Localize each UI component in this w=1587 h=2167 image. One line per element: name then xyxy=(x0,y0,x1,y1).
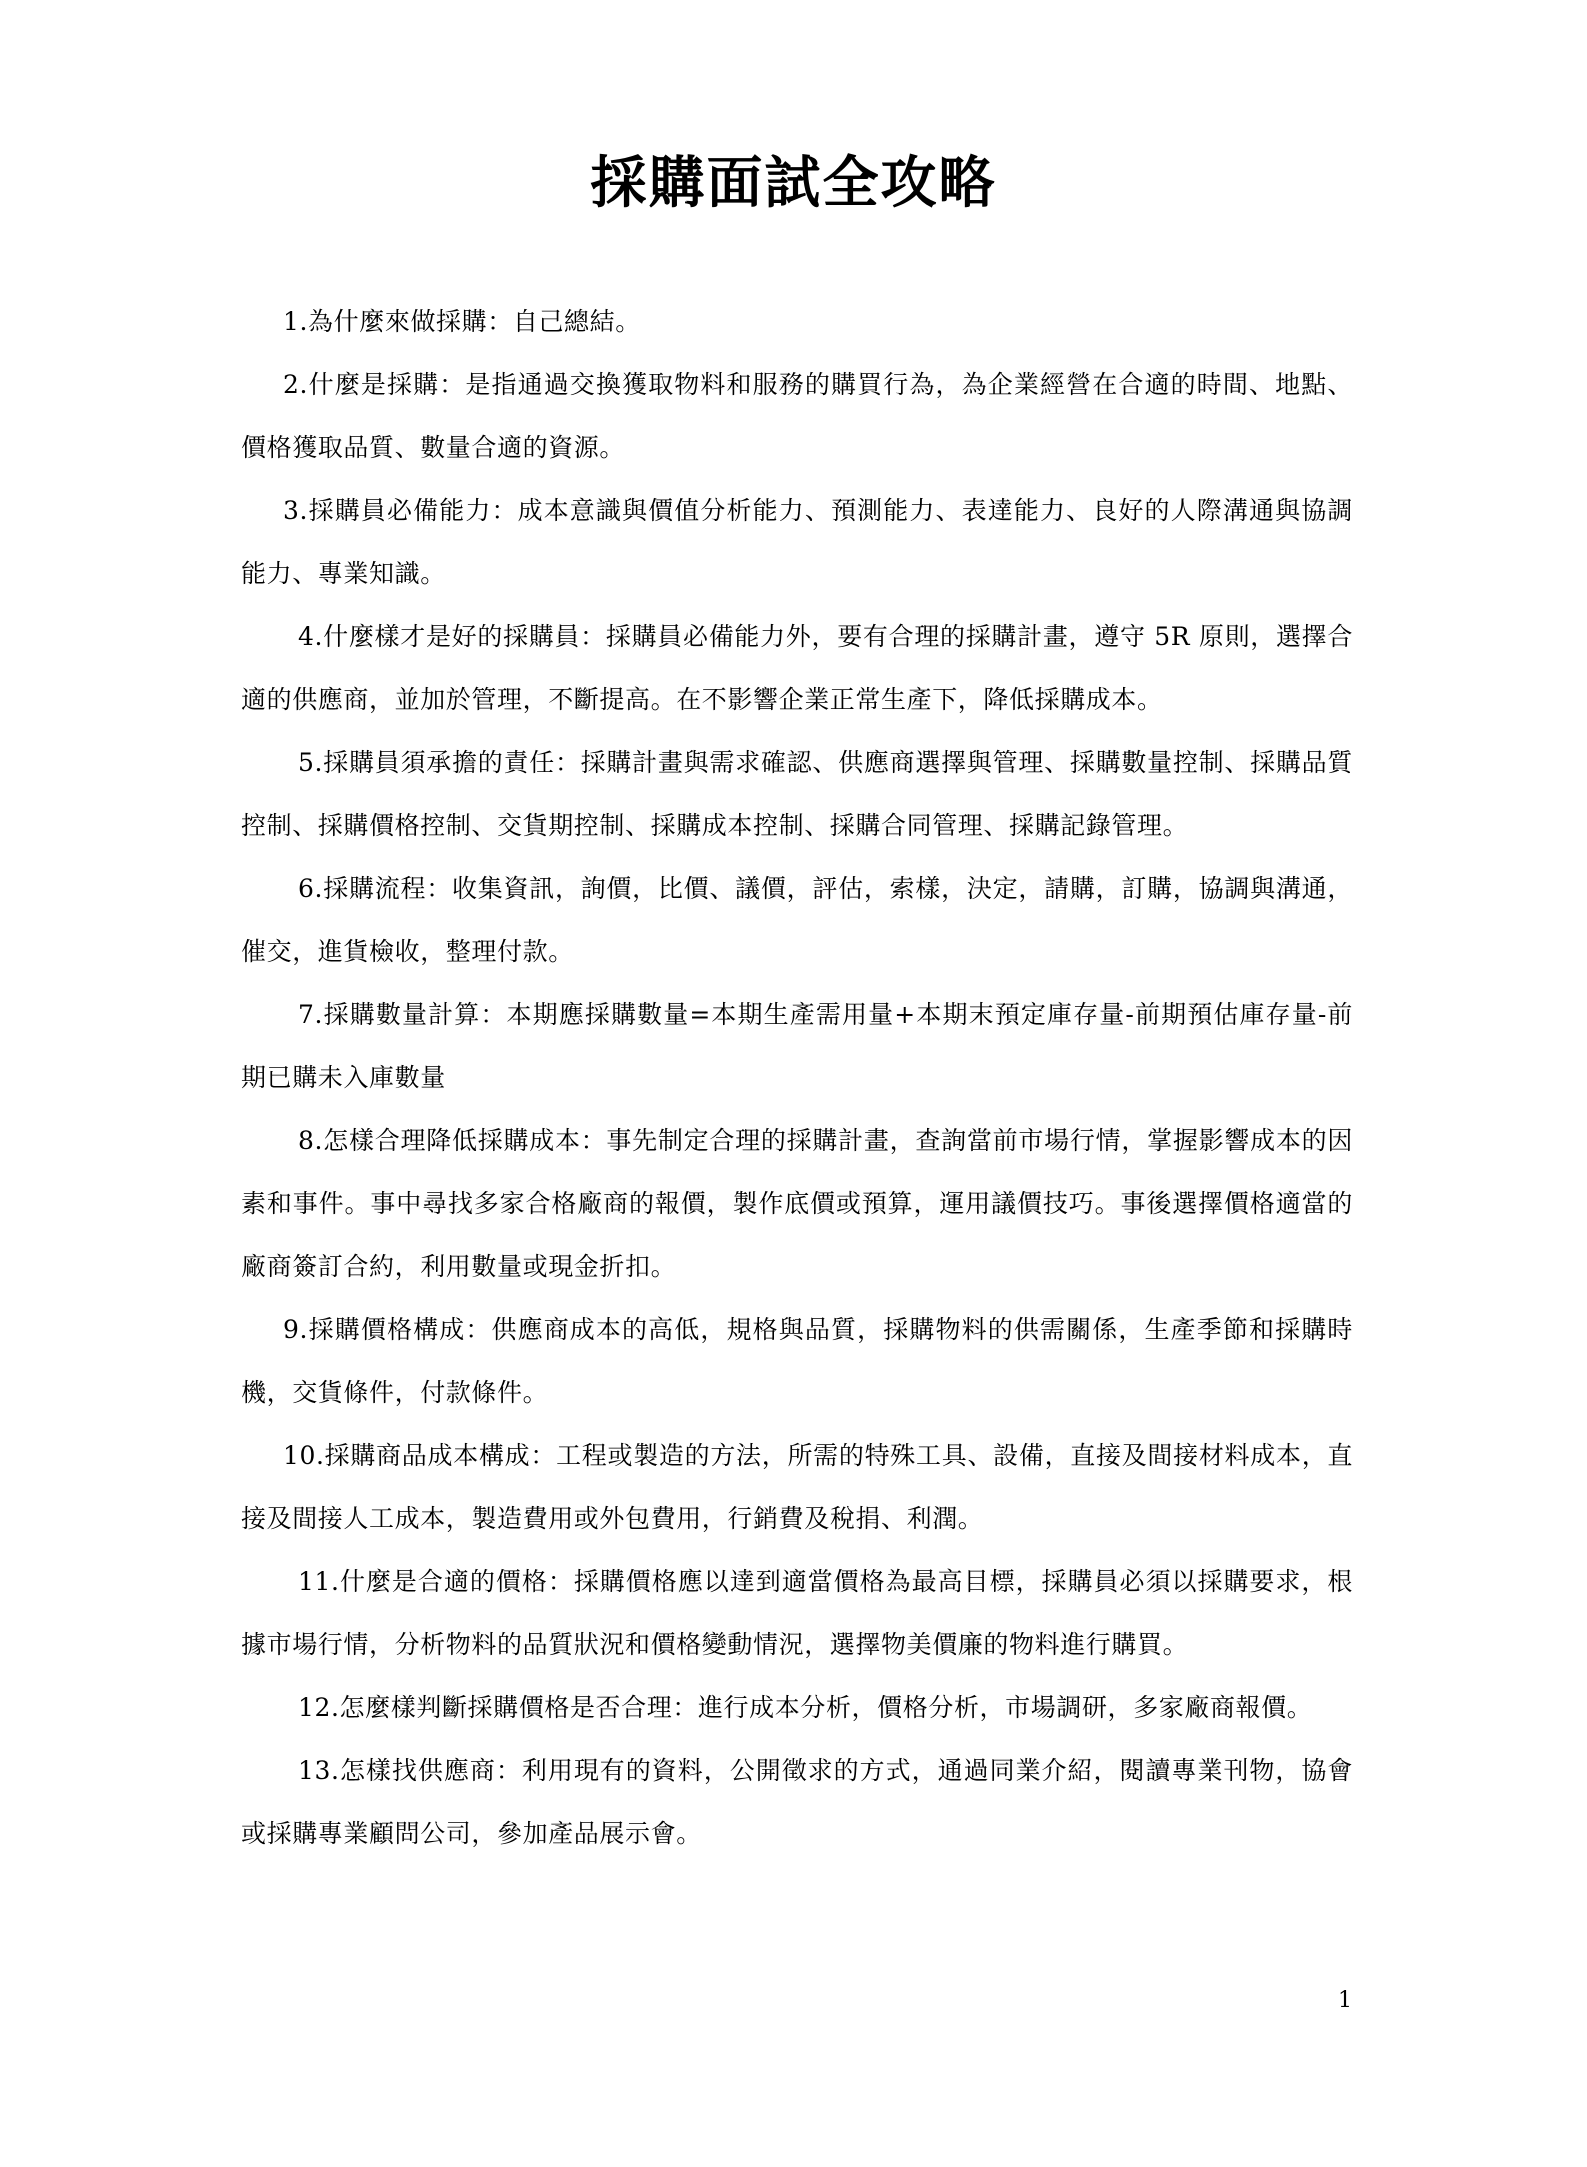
document-body: 1.為什麼來做採購：自己總結。 2.什麼是採購：是指通過交換獲取物料和服務的購買… xyxy=(241,290,1353,1865)
paragraph-11: 11.什麼是合適的價格：採購價格應以達到適當價格為最高目標，採購員必須以採購要求… xyxy=(241,1550,1353,1676)
paragraph-5: 5.採購員須承擔的責任：採購計畫與需求確認、供應商選擇與管理、採購數量控制、採購… xyxy=(241,731,1353,857)
paragraph-3: 3.採購員必備能力：成本意識與價值分析能力、預測能力、表達能力、良好的人際溝通與… xyxy=(241,479,1353,605)
paragraph-4: 4.什麼樣才是好的採購員：採購員必備能力外，要有合理的採購計畫，遵守 5R 原則… xyxy=(241,605,1353,731)
document-title: 採購面試全攻略 xyxy=(0,148,1587,218)
paragraph-8: 8.怎樣合理降低採購成本：事先制定合理的採購計畫，查詢當前市場行情，掌握影響成本… xyxy=(241,1109,1353,1298)
paragraph-9: 9.採購價格構成：供應商成本的高低，規格與品質，採購物料的供需關係，生產季節和採… xyxy=(241,1298,1353,1424)
paragraph-1: 1.為什麼來做採購：自己總結。 xyxy=(241,290,1353,353)
paragraph-7: 7.採購數量計算：本期應採購數量=本期生產需用量+本期末預定庫存量-前期預估庫存… xyxy=(241,983,1353,1109)
paragraph-10: 10.採購商品成本構成：工程或製造的方法，所需的特殊工具、設備，直接及間接材料成… xyxy=(241,1424,1353,1550)
document-page: 採購面試全攻略 1.為什麼來做採購：自己總結。 2.什麼是採購：是指通過交換獲取… xyxy=(0,0,1587,2167)
paragraph-12: 12.怎麼樣判斷採購價格是否合理：進行成本分析，價格分析，市場調研，多家廠商報價… xyxy=(241,1676,1353,1739)
paragraph-2: 2.什麼是採購：是指通過交換獲取物料和服務的購買行為，為企業經營在合適的時間、地… xyxy=(241,353,1353,479)
page-number: 1 xyxy=(1330,1988,1360,2014)
paragraph-13: 13.怎樣找供應商：利用現有的資料，公開徵求的方式，通過同業介紹，閱讀專業刊物，… xyxy=(241,1739,1353,1865)
paragraph-6: 6.採購流程：收集資訊，詢價，比價、議價，評估，索樣，決定，請購，訂購，協調與溝… xyxy=(241,857,1353,983)
